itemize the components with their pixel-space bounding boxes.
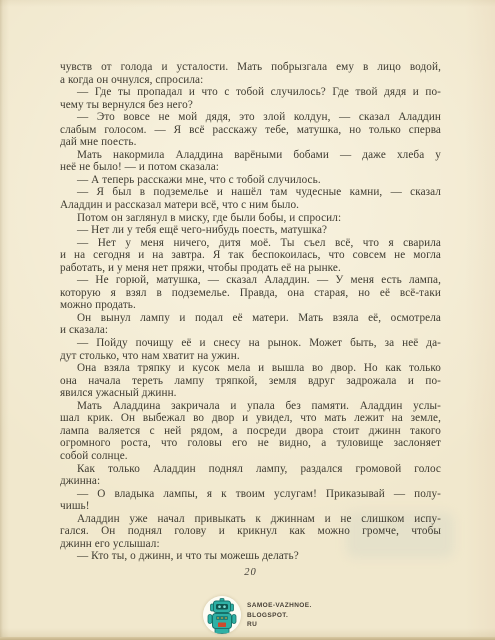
text-line: Потом он заглянул в миску, где были бобы… (60, 212, 441, 225)
text-line: — Где ты пропадал и что с тобой случилос… (60, 86, 441, 99)
text-line: а когда он очнулся, спросила: (60, 74, 441, 87)
text-line: огромного роста, что головы его не видно… (60, 437, 441, 450)
watermark-line: BLOGSPOT. (247, 611, 312, 621)
text-line: — О владыка лампы, я к твоим услугам! Пр… (60, 488, 441, 501)
text-line: и сказала: (60, 324, 441, 337)
text-line: — Это вовсе не мой дядя, это злой колдун… (60, 111, 441, 124)
text-line: чему ты вернулся без него? (60, 99, 441, 112)
text-line: джинна: (60, 475, 441, 488)
text-line: — Нет у меня ничего, дитя моё. Ты съел в… (60, 237, 441, 250)
text-line: и на сегодня и на завтра. Я так беспокои… (60, 249, 441, 262)
text-block: чувств от голода и усталости. Мать побры… (60, 61, 441, 563)
text-line: чувств от голода и усталости. Мать побры… (60, 61, 441, 74)
text-line: Он вынул лампу и подал её матери. Мать в… (60, 312, 441, 325)
watermark: SAMOE-VAZHNOE. BLOGSPOT. RU (203, 596, 312, 634)
page-number: 20 (60, 567, 441, 578)
blog-logo-badge (203, 596, 241, 634)
text-line: можно продать. (60, 299, 441, 312)
text-line: неё не было! — и потом сказала: (60, 161, 441, 174)
watermark-line: SAMOE-VAZHNOE. (247, 601, 312, 611)
text-line: Она взяла тряпку и кусок мела и вышла во… (60, 362, 441, 375)
text-line: чишь! (60, 500, 441, 513)
text-line: — Пойду почищу её и снесу на рынок. Може… (60, 337, 441, 350)
text-line: дай мне поесть. (60, 136, 441, 149)
text-line: работать, и у меня нет пряжи, чтобы прод… (60, 262, 441, 275)
text-line: Аладдин и рассказал матери всё, что с ни… (60, 199, 441, 212)
text-line: Мать Аладдина закричала и упала без памя… (60, 400, 441, 413)
text-line: — Нет ли у тебя ещё чего-нибудь поесть, … (60, 224, 441, 237)
text-line: — Кто ты, о джинн, и что ты можешь делат… (60, 550, 441, 563)
text-line: — Не горюй, матушка, — сказал Аладдин. —… (60, 274, 441, 287)
watermark-text: SAMOE-VAZHNOE. BLOGSPOT. RU (247, 596, 312, 630)
text-line: явился ужасный джинн. (60, 387, 441, 400)
text-line: дут столько, что нам хватит на ужин. (60, 350, 441, 363)
text-line: Как только Аладдин поднял лампу, раздалс… (60, 463, 441, 476)
text-line: Аладдин уже начал привыкать к джиннам и … (60, 513, 441, 526)
text-line: она начала тереть лампу тряпкой, земля в… (60, 375, 441, 388)
text-line: собой солнце. (60, 450, 441, 463)
text-line: лампа валяется с ней рядом, а посреди дв… (60, 425, 441, 438)
text-line: слабым голосом. — Я всё расскажу тебе, м… (60, 124, 441, 137)
book-page: чувств от голода и усталости. Мать побры… (0, 0, 495, 640)
watermark-line: RU (247, 620, 312, 630)
text-line: джинн его услышал: (60, 538, 441, 551)
text-line: которую я взял в подземелье. Правда, она… (60, 287, 441, 300)
text-line: — А теперь расскажи мне, что с тобой слу… (60, 174, 441, 187)
text-line: — Я был в подземелье и нашёл там чудесны… (60, 186, 441, 199)
robot-logo-icon (203, 596, 241, 634)
text-line: гался. Он поднял голову и крикнул как мо… (60, 525, 441, 538)
text-line: Мать накормила Аладдина варёными бобами … (60, 149, 441, 162)
text-line: шал крик. Он выбежал во двор и увидел, ч… (60, 412, 441, 425)
